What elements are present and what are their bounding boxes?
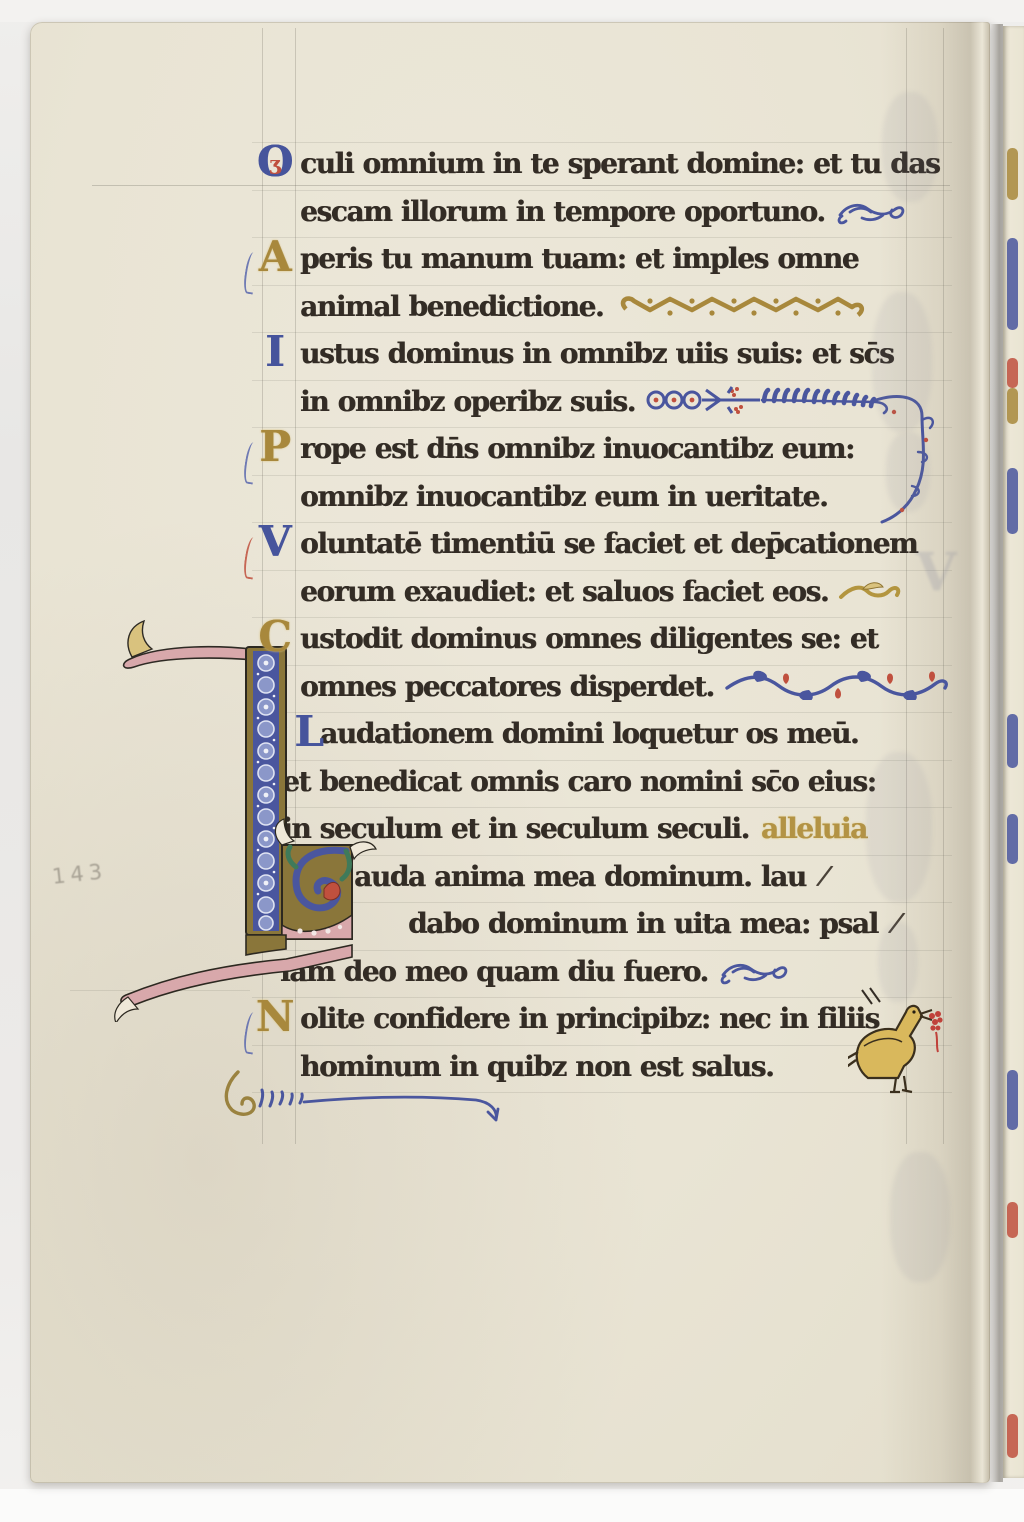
text-line-2: escam illorum in tempore oportuno. (300, 195, 908, 232)
gold-bird-drawing (848, 986, 943, 1098)
photo-backdrop-bottom (0, 1489, 1024, 1522)
line-break-slash: ⁄ (820, 859, 827, 892)
show-through-blob (872, 292, 932, 432)
line-text: animal benedictione. (300, 290, 603, 323)
bottom-pen-flourish (208, 1062, 528, 1132)
rule-line (252, 142, 952, 143)
line-text: ustodit dominus omnes diligentes se: et (300, 622, 878, 655)
rule-line (252, 332, 952, 333)
line-filler-blue-circles-comb (644, 385, 900, 422)
folio-edge-mark-red (1007, 1414, 1018, 1458)
text-line-12: omnes peccatores disperdet. (300, 670, 951, 707)
folio-edge-mark-gold (1007, 148, 1018, 200)
line-filler-gold-leaf (837, 579, 903, 612)
adjacent-folio-edge (1003, 26, 1024, 1478)
text-line-3: peris tu manum tuam: et imples omne (300, 242, 858, 275)
text-line-16: auda anima mea dominum. lau⁄ (354, 860, 825, 893)
rule-line (252, 1045, 952, 1046)
versal-initial-A: A (252, 236, 298, 278)
text-line-7: rope est dn̄s omnibz inuocantibz eum: (300, 432, 854, 465)
line-filler-blue-scroll (717, 959, 791, 992)
text-line-13: audationem domini loquetur os meū. (320, 717, 858, 750)
line-text: in omnibz operibz suis. (300, 385, 635, 418)
text-line-5: ustus dominus in omnibz uiis suis: et sc… (300, 337, 893, 370)
rule-line (252, 427, 952, 428)
line-text: omnibz inuocantibz eum in ueritate. (300, 480, 827, 513)
show-through-blob (890, 1152, 950, 1282)
versal-initial-N: N (252, 996, 298, 1038)
text-line-11: ustodit dominus omnes diligentes se: et (300, 622, 878, 655)
photo-backdrop-top (0, 0, 1024, 22)
text-line-6: in omnibz operibz suis. (300, 385, 900, 422)
show-through-blob (878, 922, 918, 1002)
line-text: olite confidere in principibz: nec in fi… (300, 1002, 879, 1035)
versal-initial-V: V (252, 521, 298, 563)
line-filler-gold-zigzag (612, 294, 880, 327)
rule-line (252, 285, 952, 286)
line-text: oluntatē timentiū se faciet et dep̄cat… (300, 527, 917, 560)
folio-edge-mark-blue (1007, 1070, 1018, 1130)
versal-initial-P: P (252, 426, 298, 468)
text-line-9: oluntatē timentiū se faciet et dep̄cat… (300, 527, 917, 560)
rule-line (92, 185, 950, 186)
line-text: peris tu manum tuam: et imples omne (300, 242, 858, 275)
versal-initial-C: C (252, 616, 298, 658)
line-text: rope est dn̄s omnibz inuocantibz eum: (300, 432, 854, 465)
text-line-17: dabo dominum in uita mea: psal⁄ (408, 907, 897, 940)
rule-line (252, 190, 952, 191)
page-gap-shadow (990, 24, 1003, 1482)
line-text: culi omnium in te sperant domine: et tu … (300, 147, 939, 180)
versal-pen-flourish (242, 251, 259, 294)
show-through-blob (866, 752, 932, 902)
folio-edge-mark-red (1007, 1202, 1018, 1238)
manuscript-page: Oʒculi omnium in te sperant domine: et t… (30, 22, 990, 1483)
line-text: dabo dominum in uita mea: psal (408, 907, 878, 940)
line-text: escam illorum in tempore oportuno. (300, 195, 825, 228)
line-text: auda anima mea dominum. lau (354, 860, 806, 893)
folio-edge-mark-blue (1007, 814, 1018, 864)
text-line-10: eorum exaudiet: et saluos faciet eos. (300, 575, 903, 612)
folio-edge-mark-blue (1007, 714, 1018, 768)
text-line-19: olite confidere in principibz: nec in fi… (300, 1002, 879, 1035)
text-line-8: omnibz inuocantibz eum in ueritate. (300, 480, 827, 513)
rule-line (252, 237, 952, 238)
gold-alleluia: alleluia (761, 812, 867, 845)
versal-initial-I: I (252, 331, 298, 373)
text-line-1: culi omnium in te sperant domine: et tu … (300, 147, 939, 180)
line-filler-blue-scroll (834, 199, 908, 232)
text-line-4: animal benedictione. (300, 290, 880, 327)
folio-edge-mark-blue (1007, 238, 1018, 330)
folio-edge-mark-gold (1007, 388, 1018, 424)
versal-red-knot: ʒ (269, 153, 280, 173)
show-through-glyph: V (916, 542, 956, 603)
rule-line (252, 380, 952, 381)
rule-line (252, 475, 952, 476)
line-text: audationem domini loquetur os meū. (320, 717, 858, 750)
versal-initial-O: Oʒ (252, 141, 298, 183)
rule-line (252, 522, 952, 523)
versal-pen-flourish (242, 536, 259, 579)
folio-edge-mark-red (1007, 358, 1018, 388)
versal-pen-flourish (242, 441, 259, 484)
show-through-blob (886, 432, 930, 512)
rule-line (252, 570, 952, 571)
line-filler-blue-red-vine (723, 670, 951, 707)
illuminated-initial-L (100, 597, 380, 1022)
line-text: ustus dominus in omnibz uiis suis: et sc… (300, 337, 893, 370)
show-through-blob (882, 92, 938, 202)
folio-edge-mark-blue (1007, 468, 1018, 534)
